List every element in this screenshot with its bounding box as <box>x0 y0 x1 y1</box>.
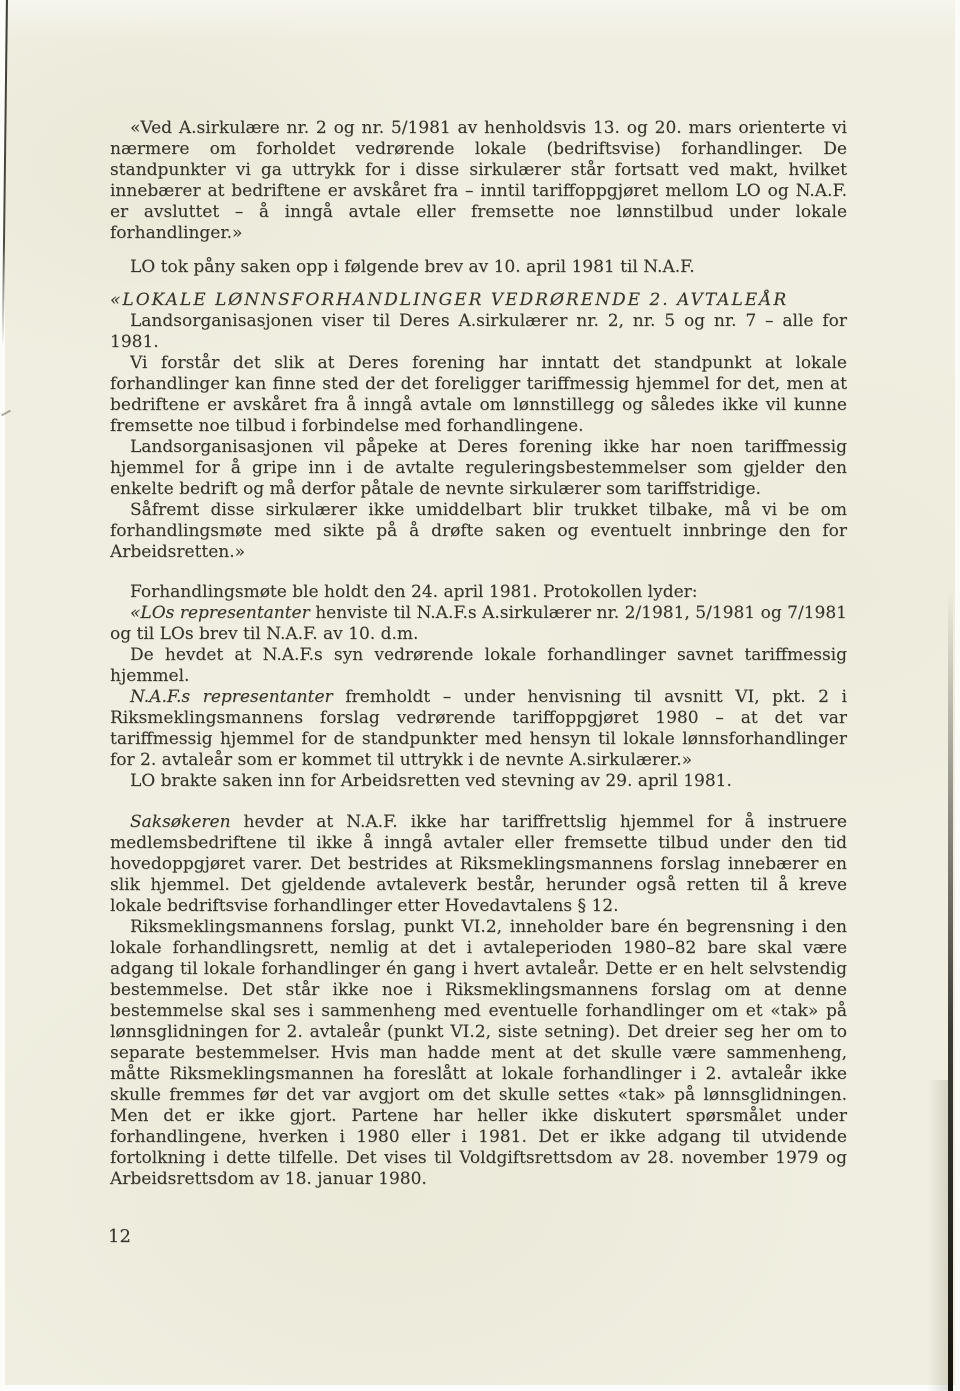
scan-edge-right <box>955 0 960 1391</box>
intro-paragraph: LO tok påny saken opp i følgende brev av… <box>110 257 847 278</box>
protocol-naf-lead-italic: N.A.F.s representanter <box>130 687 333 707</box>
plaintiff-paragraph: Saksøkeren hevder at N.A.F. ikke har tar… <box>110 812 847 917</box>
plaintiff-lead-italic: Saksøkeren <box>130 812 231 832</box>
protocol-lo-lead-italic: «LOs representanter <box>130 603 310 623</box>
letter-paragraph-4: Såfremt disse sirkulærer ikke umiddelbar… <box>110 500 847 563</box>
letter-heading: «LOKALE LØNNSFORHANDLINGER VEDRØRENDE 2.… <box>110 290 847 311</box>
protocol-paragraph-lo: «LOs representanter henviste til N.A.F.s… <box>110 603 847 645</box>
letter-paragraph-2: Vi forstår det slik at Deres forening ha… <box>110 353 847 437</box>
plaintiff-argument-paragraph: Riksmeklingsmannens forslag, punkt VI.2,… <box>110 917 847 1190</box>
letter-paragraph-1: Landsorganisasjonen viser til Deres A.si… <box>110 311 847 353</box>
page-number: 12 <box>108 1226 131 1247</box>
letter-paragraph-3: Landsorganisasjonen vil påpeke at Deres … <box>110 437 847 500</box>
scan-edge-bottom <box>0 1385 960 1391</box>
protocol-intro-paragraph: Forhandlingsmøte ble holdt den 24. april… <box>110 582 847 603</box>
protocol-closing-paragraph: LO brakte saken inn for Arbeidsretten ve… <box>110 771 847 792</box>
protocol-paragraph-naf: N.A.F.s representanter fremholdt – under… <box>110 687 847 771</box>
quoted-circular-paragraph: «Ved A.sirkulære nr. 2 og nr. 5/1981 av … <box>110 118 847 244</box>
scanned-book-page: «Ved A.sirkulære nr. 2 og nr. 5/1981 av … <box>0 0 960 1391</box>
scan-artifact-right-shadow <box>928 1080 948 1391</box>
document-text: «Ved A.sirkulære nr. 2 og nr. 5/1981 av … <box>110 118 847 1190</box>
scan-artifact-right-line <box>948 590 953 1391</box>
protocol-paragraph-hevdet: De hevdet at N.A.F.s syn vedrørende loka… <box>110 645 847 687</box>
